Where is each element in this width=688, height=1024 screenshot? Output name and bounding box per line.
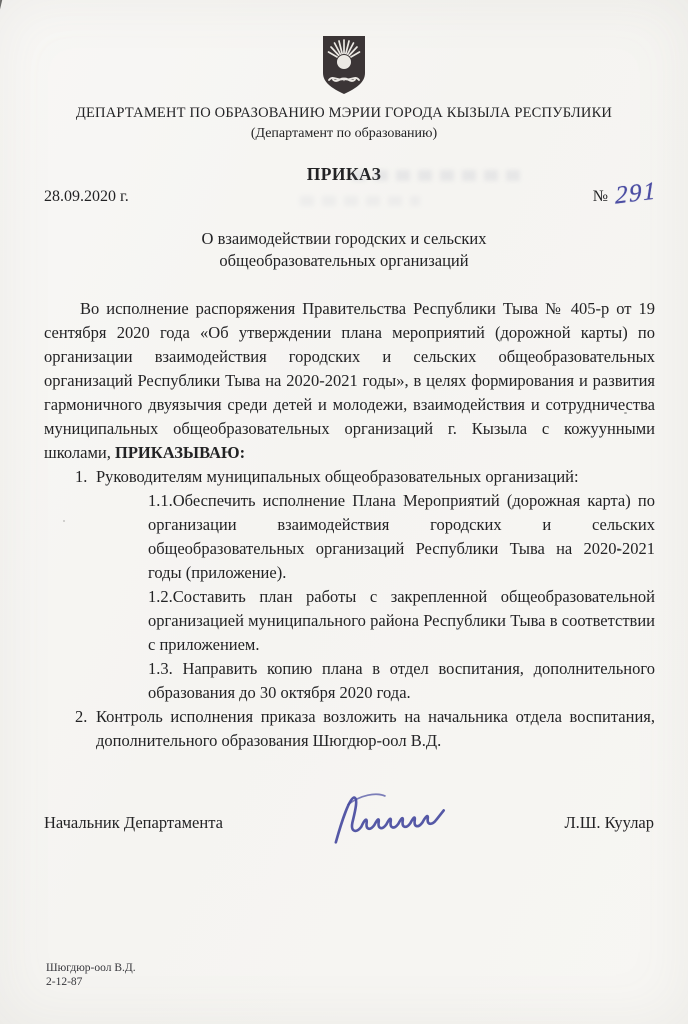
order-subitems: 1.1.Обеспечить исполнение Плана Мероприя…: [148, 489, 655, 705]
executor-note: Шюгдюр-оол В.Д. 2-12-87: [46, 961, 136, 989]
document-title-line1: О взаимодействии городских и сельских: [0, 228, 688, 250]
subitem-number: 1.1.: [148, 491, 173, 510]
intro-text: Во исполнение распоряжения Правительства…: [44, 299, 655, 462]
order-subitem-1-1: 1.1.Обеспечить исполнение Плана Мероприя…: [148, 489, 655, 585]
organization-name: ДЕПАРТАМЕНТ ПО ОБРАЗОВАНИЮ МЭРИИ ГОРОДА …: [0, 104, 688, 123]
document-date: 28.09.2020 г.: [44, 188, 129, 206]
handwritten-document-number: 291: [615, 177, 657, 210]
document-type-heading: ПРИКАЗ: [0, 164, 688, 185]
subitem-text: Направить копию плана в отдел воспитания…: [148, 659, 655, 702]
subitem-text: Составить план работы с закрепленной общ…: [148, 587, 655, 654]
date-number-row: 28.09.2020 г. № 291: [44, 188, 652, 206]
signer-name: Л.Ш. Куулар: [564, 813, 654, 833]
executor-phone: 2-12-87: [46, 975, 136, 989]
item-number: 1.: [75, 465, 87, 489]
scan-speck: [624, 412, 627, 414]
organization-short-name: (Департамент по образованию): [0, 125, 688, 143]
document-title: О взаимодействии городских и сельских об…: [0, 228, 688, 272]
subitem-number: 1.2.: [148, 587, 173, 606]
scan-corner-line-artifact: [0, 0, 4, 55]
executor-name: Шюгдюр-оол В.Д.: [46, 961, 136, 975]
subitem-text: Обеспечить исполнение Плана Мероприятий …: [148, 491, 655, 582]
order-item-1: 1. Руководителям муниципальных общеобраз…: [44, 465, 655, 705]
order-keyword: ПРИКАЗЫВАЮ:: [115, 443, 245, 462]
document-body: Во исполнение распоряжения Правительства…: [44, 297, 655, 753]
item-number: 2.: [75, 705, 87, 729]
handwritten-signature: [328, 780, 506, 847]
signer-position: Начальник Департамента: [44, 813, 223, 833]
item-text: Контроль исполнения приказа возложить на…: [96, 707, 655, 750]
document-title-line2: общеобразовательных организаций: [0, 250, 688, 272]
order-item-2: 2. Контроль исполнения приказа возложить…: [44, 705, 655, 753]
subitem-number: 1.3.: [148, 659, 173, 678]
order-subitem-1-3: 1.3. Направить копию плана в отдел воспи…: [148, 657, 655, 705]
item-text: Руководителям муниципальных общеобразова…: [96, 467, 579, 486]
order-subitem-1-2: 1.2.Составить план работы с закрепленной…: [148, 585, 655, 657]
document-number-cell: № 291: [593, 188, 652, 206]
signature-block: Начальник Департамента Л.Ш. Куулар: [44, 797, 654, 867]
kyzyl-coat-of-arms-icon: [320, 35, 368, 95]
scanned-order-document: ДЕПАРТАМЕНТ ПО ОБРАЗОВАНИЮ МЭРИИ ГОРОДА …: [0, 0, 688, 1024]
intro-paragraph: Во исполнение распоряжения Правительства…: [44, 297, 655, 465]
number-sign: №: [593, 188, 608, 205]
